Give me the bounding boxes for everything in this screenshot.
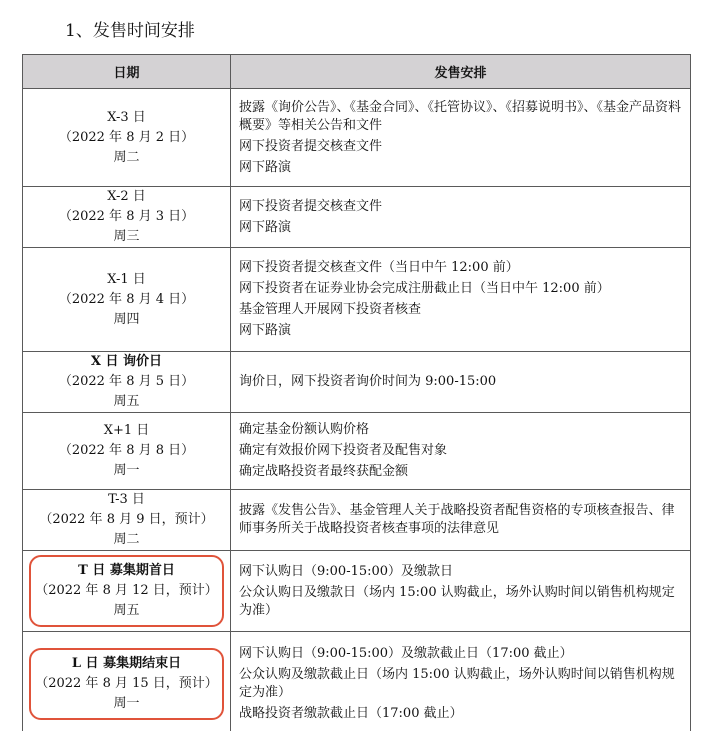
arrangement-item: 网下认购日（9:00-15:00）及缴款截止日（17:00 截止） <box>239 645 682 663</box>
arrangement-cell: 披露《询价公告》、《基金合同》、《托管协议》、《招募说明书》、《基金产品资料概要… <box>231 89 691 187</box>
arrangement-cell: 网下认购日（9:00-15:00）及缴款日公众认购日及缴款日（场内 15:00 … <box>231 551 691 632</box>
table-row: X 日 询价日（2022 年 8 月 5 日）周五询价日，网下投资者询价时间为 … <box>23 352 691 413</box>
weekday-label: 周四 <box>27 310 226 330</box>
date-label: （2022 年 8 月 2 日） <box>27 128 226 148</box>
table-row: X+1 日（2022 年 8 月 8 日）周一确定基金份额认购价格确定有效报价网… <box>23 413 691 490</box>
arrangement-cell: 网下投资者提交核查文件网下路演 <box>231 187 691 248</box>
column-header-arrangement: 发售安排 <box>231 55 691 89</box>
date-cell: X+1 日（2022 年 8 月 8 日）周一 <box>23 413 231 490</box>
weekday-label: 周一 <box>31 694 222 714</box>
arrangement-item: 网下投资者在证券业协会完成注册截止日（当日中午 12:00 前） <box>239 280 682 298</box>
arrangement-item: 网下投资者提交核查文件 <box>239 198 682 216</box>
weekday-label: 周二 <box>27 148 226 168</box>
date-label: （2022 年 8 月 4 日） <box>27 290 226 310</box>
arrangement-cell: 确定基金份额认购价格确定有效报价网下投资者及配售对象确定战略投资者最终获配金额 <box>231 413 691 490</box>
date-cell: X 日 询价日（2022 年 8 月 5 日）周五 <box>23 352 231 413</box>
table-row: L 日 募集期结束日（2022 年 8 月 15 日，预计）周一网下认购日（9:… <box>23 632 691 731</box>
day-label: X-2 日 <box>27 187 226 207</box>
weekday-label: 周五 <box>27 392 226 412</box>
arrangement-item: 确定战略投资者最终获配金额 <box>239 463 682 481</box>
date-cell: X-2 日（2022 年 8 月 3 日）周三 <box>23 187 231 248</box>
date-block: X-2 日（2022 年 8 月 3 日）周三 <box>27 187 226 247</box>
date-block: X-3 日（2022 年 8 月 2 日）周二 <box>27 108 226 168</box>
weekday-label: 周一 <box>27 461 226 481</box>
date-cell: L 日 募集期结束日（2022 年 8 月 15 日，预计）周一 <box>23 632 231 731</box>
day-label: X-3 日 <box>27 108 226 128</box>
arrangement-item: 网下投资者提交核查文件 <box>239 138 682 156</box>
day-label: T-3 日 <box>27 490 226 510</box>
date-cell: T-3 日（2022 年 8 月 9 日，预计）周二 <box>23 490 231 551</box>
section-title: 1、发售时间安排 <box>65 16 195 41</box>
date-cell: X-1 日（2022 年 8 月 4 日）周四 <box>23 248 231 352</box>
schedule-table: 日期 发售安排 X-3 日（2022 年 8 月 2 日）周二披露《询价公告》、… <box>22 54 691 731</box>
arrangement-item: 公众认购日及缴款日（场内 15:00 认购截止，场外认购时间以销售机构规定为准） <box>239 584 682 620</box>
date-label: （2022 年 8 月 15 日，预计） <box>31 674 222 694</box>
date-label: （2022 年 8 月 9 日，预计） <box>27 510 226 530</box>
day-label: T 日 募集期首日 <box>31 561 222 581</box>
arrangement-cell: 询价日，网下投资者询价时间为 9:00-15:00 <box>231 352 691 413</box>
arrangement-cell: 网下投资者提交核查文件（当日中午 12:00 前）网下投资者在证券业协会完成注册… <box>231 248 691 352</box>
arrangement-item: 网下认购日（9:00-15:00）及缴款日 <box>239 563 682 581</box>
date-label: （2022 年 8 月 5 日） <box>27 372 226 392</box>
table-row: T 日 募集期首日（2022 年 8 月 12 日，预计）周五网下认购日（9:0… <box>23 551 691 632</box>
date-cell: T 日 募集期首日（2022 年 8 月 12 日，预计）周五 <box>23 551 231 632</box>
table-row: X-2 日（2022 年 8 月 3 日）周三网下投资者提交核查文件网下路演 <box>23 187 691 248</box>
column-header-date: 日期 <box>23 55 231 89</box>
date-block: T-3 日（2022 年 8 月 9 日，预计）周二 <box>27 490 226 550</box>
arrangement-cell: 披露《发售公告》、基金管理人关于战略投资者配售资格的专项核查报告、律师事务所关于… <box>231 490 691 551</box>
day-label: L 日 募集期结束日 <box>31 654 222 674</box>
arrangement-item: 网下路演 <box>239 219 682 237</box>
arrangement-item: 确定有效报价网下投资者及配售对象 <box>239 442 682 460</box>
weekday-label: 周二 <box>27 530 226 550</box>
weekday-label: 周五 <box>31 601 222 621</box>
day-label: X+1 日 <box>27 421 226 441</box>
arrangement-item: 网下路演 <box>239 159 682 177</box>
table-header-row: 日期 发售安排 <box>23 55 691 89</box>
date-cell: X-3 日（2022 年 8 月 2 日）周二 <box>23 89 231 187</box>
highlight-box: T 日 募集期首日（2022 年 8 月 12 日，预计）周五 <box>29 555 224 627</box>
table-row: T-3 日（2022 年 8 月 9 日，预计）周二披露《发售公告》、基金管理人… <box>23 490 691 551</box>
arrangement-item: 披露《发售公告》、基金管理人关于战略投资者配售资格的专项核查报告、律师事务所关于… <box>239 502 682 538</box>
date-block: X 日 询价日（2022 年 8 月 5 日）周五 <box>27 352 226 412</box>
arrangement-item: 公众认购及缴款截止日（场内 15:00 认购截止，场外认购时间以销售机构规定为准… <box>239 666 682 702</box>
table-row: X-1 日（2022 年 8 月 4 日）周四网下投资者提交核查文件（当日中午 … <box>23 248 691 352</box>
arrangement-item: 网下投资者提交核查文件（当日中午 12:00 前） <box>239 259 682 277</box>
arrangement-item: 网下路演 <box>239 322 682 340</box>
arrangement-cell: 网下认购日（9:00-15:00）及缴款截止日（17:00 截止）公众认购及缴款… <box>231 632 691 731</box>
day-label: X-1 日 <box>27 270 226 290</box>
table-row: X-3 日（2022 年 8 月 2 日）周二披露《询价公告》、《基金合同》、《… <box>23 89 691 187</box>
arrangement-item: 询价日，网下投资者询价时间为 9:00-15:00 <box>239 373 682 391</box>
arrangement-item: 确定基金份额认购价格 <box>239 421 682 439</box>
arrangement-item: 基金管理人开展网下投资者核查 <box>239 301 682 319</box>
date-block: X-1 日（2022 年 8 月 4 日）周四 <box>27 270 226 330</box>
weekday-label: 周三 <box>27 227 226 247</box>
date-label: （2022 年 8 月 12 日，预计） <box>31 581 222 601</box>
highlight-box: L 日 募集期结束日（2022 年 8 月 15 日，预计）周一 <box>29 648 224 720</box>
date-block: X+1 日（2022 年 8 月 8 日）周一 <box>27 421 226 481</box>
arrangement-item: 战略投资者缴款截止日（17:00 截止） <box>239 705 682 723</box>
date-label: （2022 年 8 月 8 日） <box>27 441 226 461</box>
arrangement-item: 披露《询价公告》、《基金合同》、《托管协议》、《招募说明书》、《基金产品资料概要… <box>239 99 682 135</box>
day-label: X 日 询价日 <box>27 352 226 372</box>
date-label: （2022 年 8 月 3 日） <box>27 207 226 227</box>
